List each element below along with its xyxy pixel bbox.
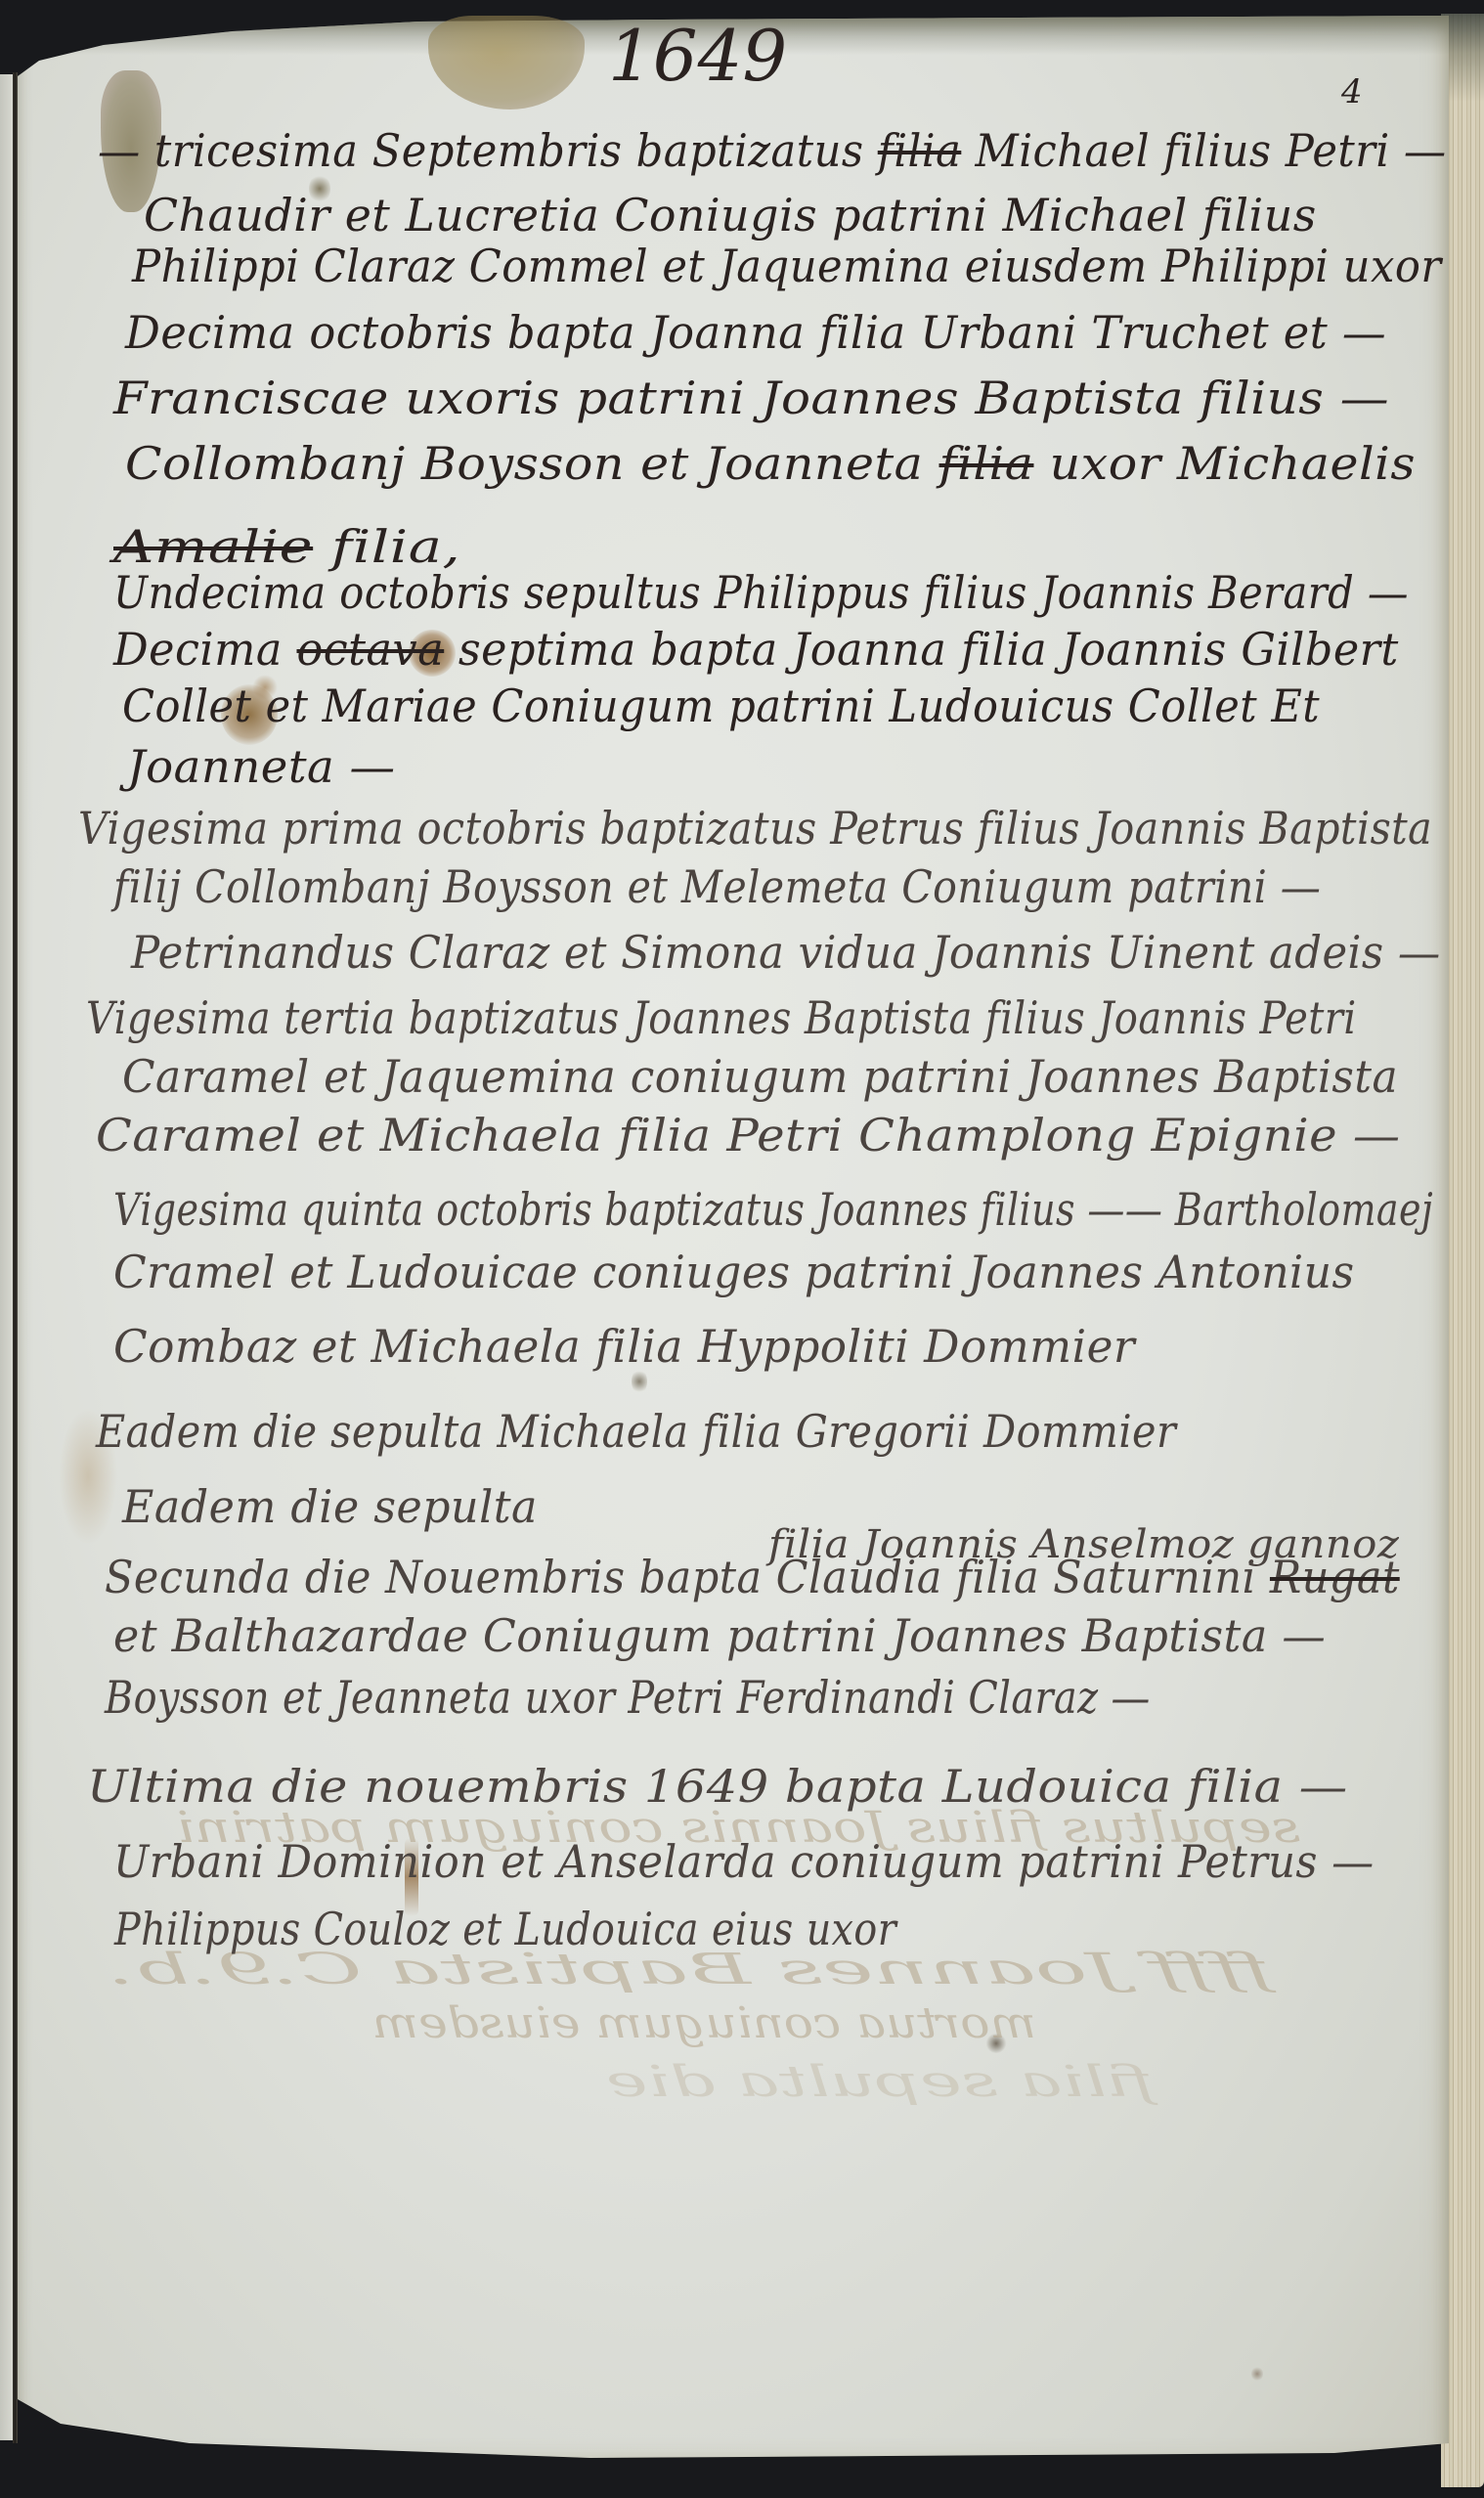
line-text: Michael filius Petri — <box>961 124 1446 177</box>
register-line: Philippus Couloz et Ludouica eius uxor <box>114 1900 896 1958</box>
register-line: filij Collombanj Boysson et Melemeta Con… <box>113 857 1321 916</box>
register-line: Franciscae uxoris patrini Joannes Baptis… <box>113 369 1389 427</box>
line-text: uxor Michaelis <box>1033 437 1416 490</box>
register-line: Joanneta — <box>127 737 396 796</box>
register-line: Ultima die nouembris 1649 bapta Ludouica… <box>87 1757 1348 1816</box>
register-line: et Balthazardae Coniugum patrini Joannes… <box>113 1606 1326 1665</box>
line-text: Decima <box>113 623 296 676</box>
register-line: Caramel et Michaela filia Petri Champlon… <box>96 1106 1401 1164</box>
register-line: Philippi Claraz Commel et Jaquemina eius… <box>132 237 1442 295</box>
register-line: Collombanj Boysson et Joanneta filia uxo… <box>125 434 1416 493</box>
register-line: Caramel et Jaquemina coniugum patrini Jo… <box>122 1047 1398 1106</box>
register-line: Cramel et Ludouicae coniuges patrini Joa… <box>113 1243 1355 1301</box>
line-text: Collombanj Boysson et Joanneta <box>125 437 939 490</box>
line-text: septima bapta Joanna filia Joannis Gilbe… <box>444 623 1399 676</box>
line-text: — tricesima Septembris baptizatus <box>98 124 878 177</box>
struck-word: filia <box>878 124 962 177</box>
register-line: Petrinandus Claraz et Simona vidua Joann… <box>131 923 1441 982</box>
register-line: Combaz et Michaela filia Hyppoliti Dommi… <box>113 1317 1135 1376</box>
struck-word: octava <box>296 623 444 676</box>
page-number: 4 <box>1341 72 1363 111</box>
register-line: Collet et Mariae Coniugum patrini Ludoui… <box>122 677 1320 735</box>
scanned-register-page: sepultus filius Joannis coniugum patrini… <box>0 0 1484 2498</box>
register-line: Decima octobris bapta Joanna filia Urban… <box>125 303 1386 362</box>
register-line: Decima octava septima bapta Joanna filia… <box>113 620 1399 679</box>
register-line: Eadem die sepulta <box>122 1477 538 1536</box>
register-line: Boysson et Jeanneta uxor Petri Ferdinand… <box>105 1668 1151 1727</box>
manuscript-text: 1649 4 — tricesima Septembris baptizatus… <box>0 0 1484 2498</box>
register-line: Vigesima tertia baptizatus Joannes Bapti… <box>86 988 1357 1047</box>
register-line: Eadem die sepulta Michaela filia Gregori… <box>96 1402 1176 1461</box>
register-line: Vigesima prima octobris baptizatus Petru… <box>78 799 1432 857</box>
register-line: — tricesima Septembris baptizatus filia … <box>98 121 1447 180</box>
register-line: Urbani Dominion et Anselarda coniugum pa… <box>113 1832 1375 1891</box>
year-header: 1649 <box>608 12 787 100</box>
struck-word: Rugat <box>1270 1551 1400 1603</box>
register-line: Undecima octobris sepultus Philippus fil… <box>113 563 1409 622</box>
register-line: Vigesima quinta octobris baptizatus Joan… <box>113 1180 1433 1239</box>
register-line: Secunda die Nouembris bapta Claudia fili… <box>105 1548 1400 1606</box>
register-line: Chaudir et Lucretia Coniugis patrini Mic… <box>144 186 1317 244</box>
struck-word: filia <box>939 437 1034 490</box>
line-text: Secunda die Nouembris bapta Claudia fili… <box>105 1551 1270 1603</box>
